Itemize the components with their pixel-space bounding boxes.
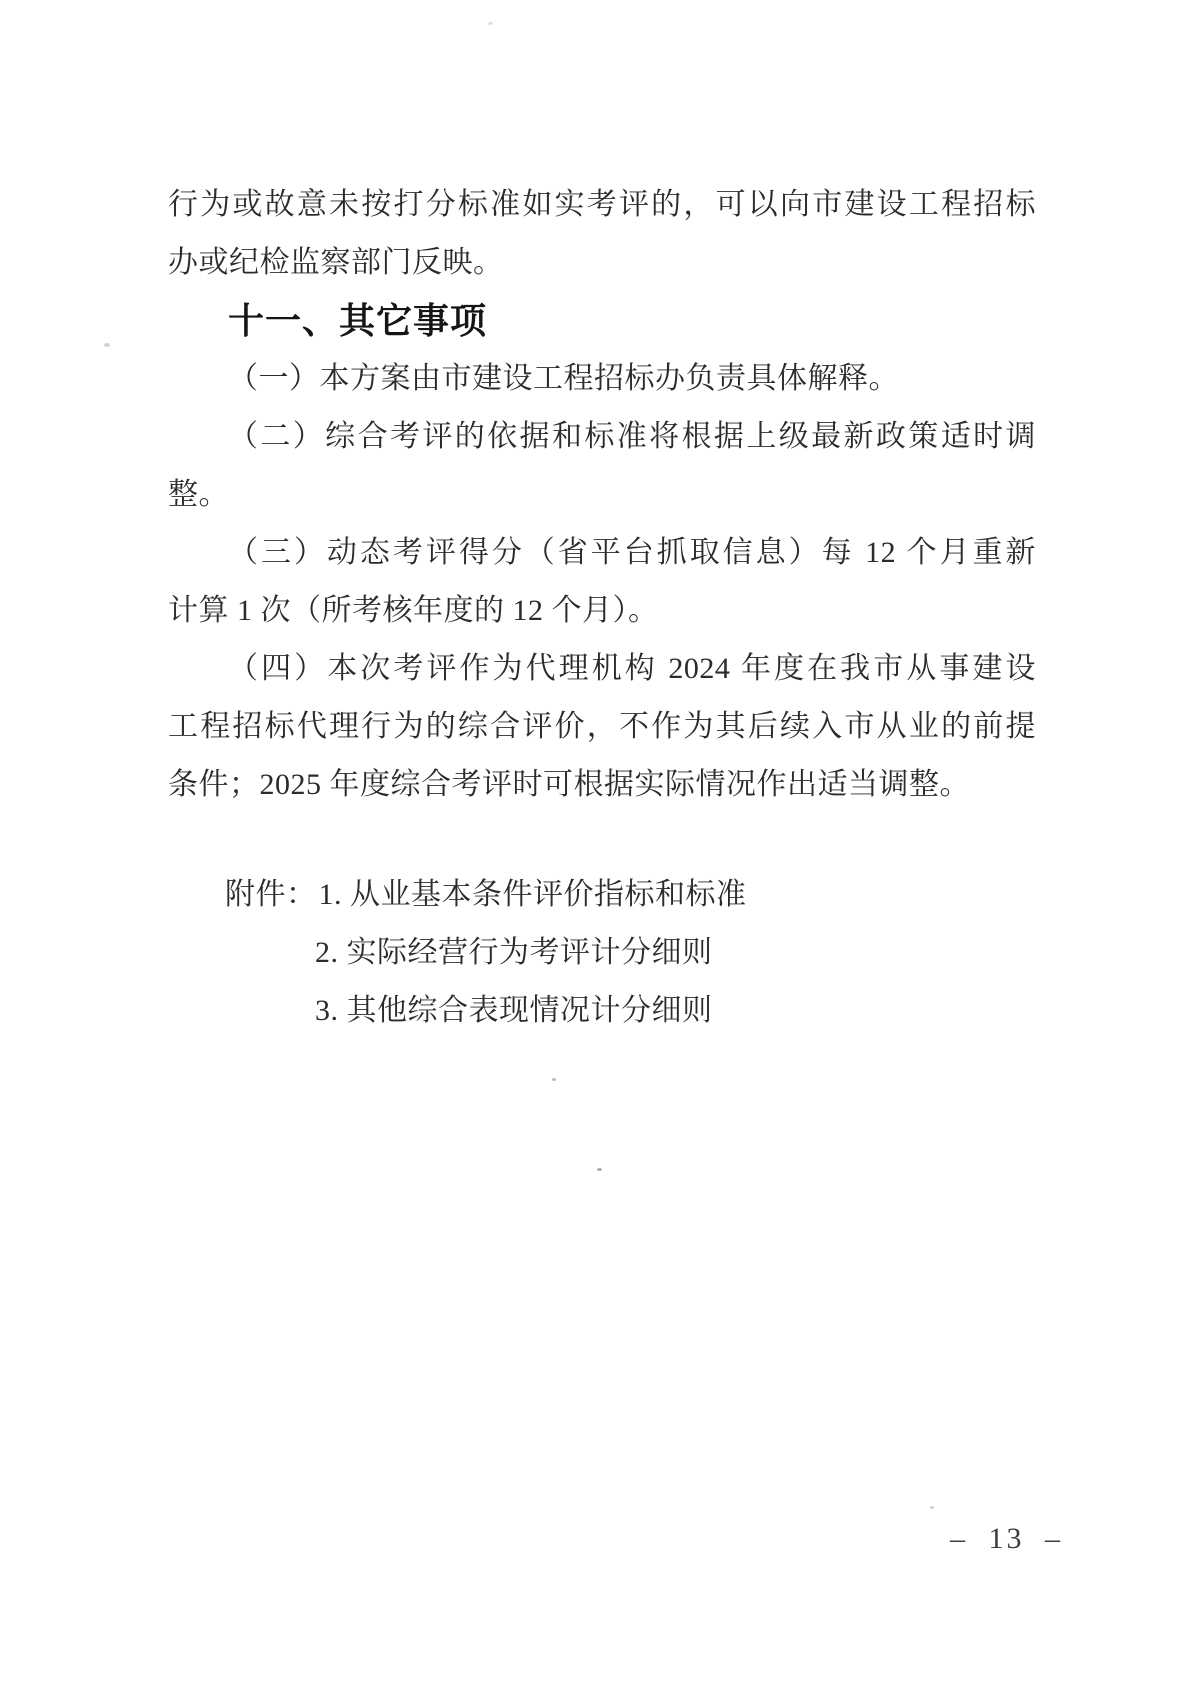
attachment-item-3: 3. 其他综合表现情况计分细则: [168, 982, 1036, 1040]
scan-speck: [930, 1506, 934, 1509]
item-4-line-3: 条件；2025 年度综合考评时可根据实际情况作出适当调整。: [168, 756, 1036, 814]
item-1-line-1: （一）本方案由市建设工程招标办负责具体解释。: [168, 350, 1036, 408]
document-content: 行为或故意未按打分标准如实考评的，可以向市建设工程招标 办或纪检监察部门反映。 …: [168, 176, 1036, 1040]
item-2-line-1: （二）综合考评的依据和标准将根据上级最新政策适时调: [168, 408, 1036, 466]
item-4-line-2: 工程招标代理行为的综合评价，不作为其后续入市从业的前提: [168, 698, 1036, 756]
attachment-item-1: 1. 从业基本条件评价指标和标准: [319, 878, 747, 911]
intro-paragraph-line-2: 办或纪检监察部门反映。: [168, 234, 1036, 292]
page-number: – 13 –: [950, 1522, 1063, 1556]
item-4-line-1: （四）本次考评作为代理机构 2024 年度在我市从事建设: [168, 640, 1036, 698]
scan-speck: [552, 1078, 556, 1081]
item-2-line-2: 整。: [168, 466, 1036, 524]
attachment-item-2: 2. 实际经营行为考评计分细则: [168, 924, 1036, 982]
scan-speck: [488, 22, 493, 25]
scanned-document-page: 行为或故意未按打分标准如实考评的，可以向市建设工程招标 办或纪检监察部门反映。 …: [0, 0, 1199, 1696]
item-3-line-1: （三）动态考评得分（省平台抓取信息）每 12 个月重新: [168, 524, 1036, 582]
attachments-list: 附件：1. 从业基本条件评价指标和标准 2. 实际经营行为考评计分细则 3. 其…: [168, 866, 1036, 1040]
scan-speck: [597, 1168, 602, 1171]
attachment-line-1: 附件：1. 从业基本条件评价指标和标准: [168, 866, 1036, 924]
section-heading: 十一、其它事项: [168, 292, 1036, 350]
attachments-label: 附件：: [225, 878, 319, 911]
item-3-line-2: 计算 1 次（所考核年度的 12 个月）。: [168, 582, 1036, 640]
intro-paragraph-line-1: 行为或故意未按打分标准如实考评的，可以向市建设工程招标: [168, 176, 1036, 234]
scan-speck: [104, 343, 110, 347]
